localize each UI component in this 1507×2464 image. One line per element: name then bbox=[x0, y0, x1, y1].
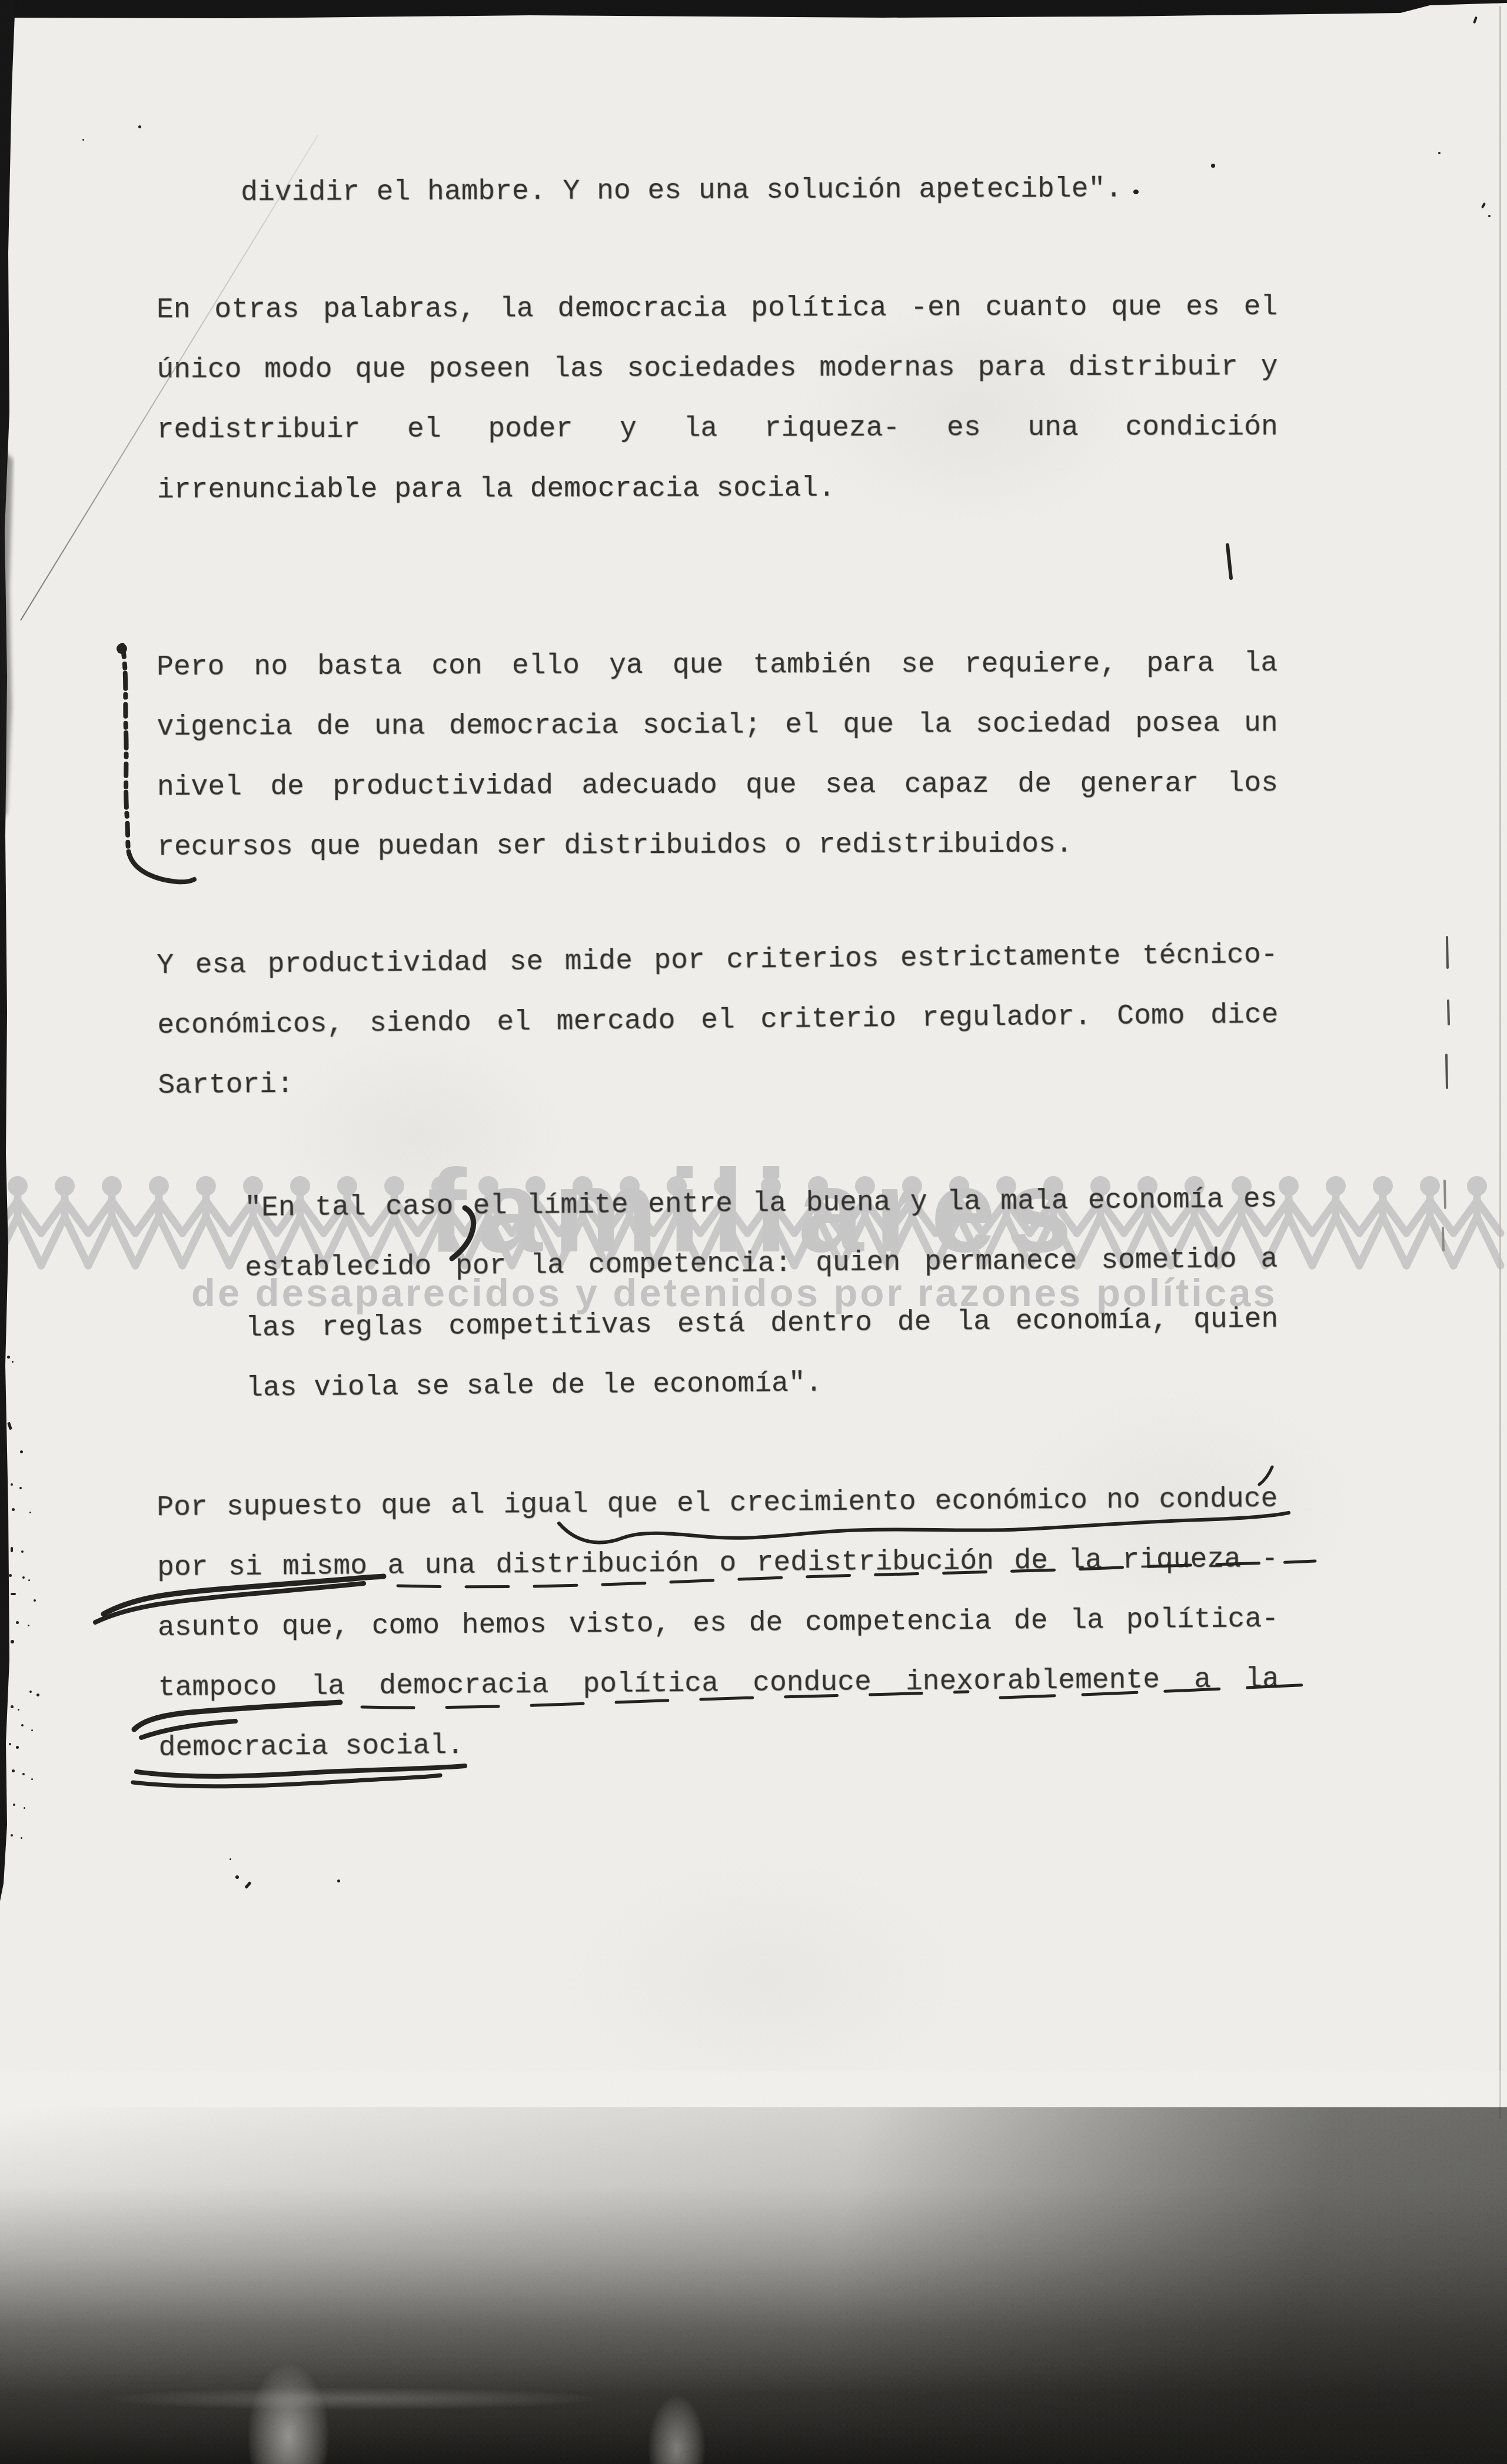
text-line: vigencia de una democracia social; el qu… bbox=[157, 693, 1278, 758]
paragraph-democracia-politica: En otras palabras, la democracia polític… bbox=[157, 277, 1278, 520]
scan-edge-left-smudge bbox=[0, 447, 13, 824]
scan-edge-top bbox=[0, 0, 1507, 18]
photocopy-blotch bbox=[559, 1854, 971, 2101]
text-line: "En tal caso el límite entre la buena y … bbox=[244, 1170, 1278, 1238]
text-line: Pero no basta con ello ya que también se… bbox=[157, 633, 1278, 698]
paragraph-continuation: dividir el hambre. Y no es una solución … bbox=[241, 159, 1182, 223]
blockquote-sartori: "En tal caso el límite entre la buena y … bbox=[244, 1170, 1279, 1419]
right-margin-tick-icon bbox=[1227, 545, 1231, 578]
scan-edge-left bbox=[0, 0, 15, 1901]
text-line: Y esa productividad se mide por criterio… bbox=[157, 925, 1278, 996]
text-line: democracia social. bbox=[158, 1709, 1280, 1778]
paragraph-pero-no-basta: Pero no basta con ello ya que también se… bbox=[157, 633, 1278, 878]
paper-right-edge bbox=[1499, 6, 1501, 2119]
text-line: irrenunciable para la democracia social. bbox=[157, 457, 1278, 520]
text-line: Sartori: bbox=[158, 1045, 1279, 1116]
text-line: las viola se sale de le economía". bbox=[246, 1350, 1279, 1419]
text-line: nivel de productividad adecuado que sea … bbox=[157, 753, 1278, 818]
scanned-document-page: familiares de desaparecidos y detenidos … bbox=[0, 0, 1507, 2464]
paragraph-productividad: Y esa productividad se mide por criterio… bbox=[157, 925, 1279, 1116]
text-line: tampoco la democracia política conduce i… bbox=[158, 1649, 1279, 1718]
text-line: por si mismo a una distribución o redist… bbox=[157, 1529, 1279, 1598]
text-line: establecido por la competencia: quien pe… bbox=[245, 1230, 1278, 1299]
right-margin-dashes-icon bbox=[1446, 937, 1449, 1088]
text-line: redistribuir el poder y la riqueza- es u… bbox=[157, 397, 1278, 460]
text-line: único modo que poseen las sociedades mod… bbox=[157, 337, 1278, 400]
scan-shadow-bottom bbox=[0, 2107, 1507, 2464]
text-line: En otras palabras, la democracia polític… bbox=[157, 277, 1278, 340]
text-line: asunto que, como hemos visto, es de comp… bbox=[158, 1589, 1279, 1658]
text-line: dividir el hambre. Y no es una solución … bbox=[241, 159, 1182, 223]
text-line: las reglas competitivas está dentro de l… bbox=[245, 1290, 1279, 1359]
paragraph-por-supuesto: Por supuesto que al igual que el crecimi… bbox=[157, 1469, 1280, 1778]
text-line: económicos, siendo el mercado el criteri… bbox=[157, 985, 1279, 1056]
text-line: Por supuesto que al igual que el crecimi… bbox=[157, 1469, 1278, 1538]
text-line: recursos que puedan ser distribuidos o r… bbox=[157, 813, 1278, 878]
